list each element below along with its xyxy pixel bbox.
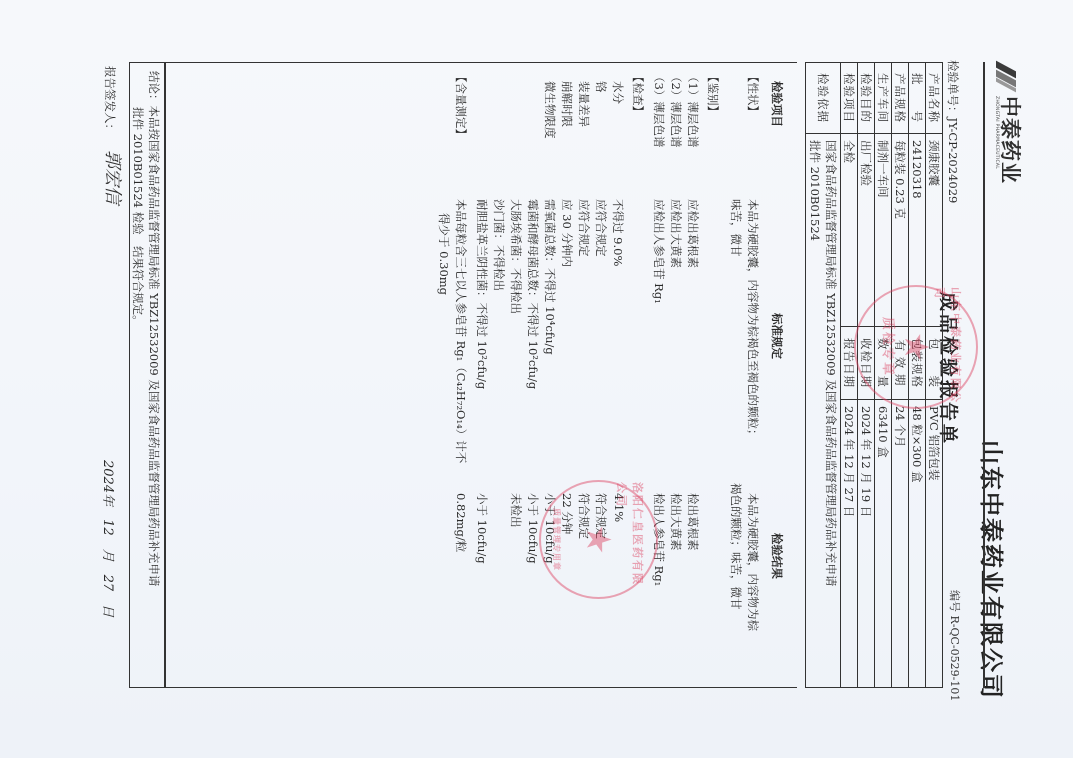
basis-value: 国家食品药品监督管理局标准 YBZ12532009 及国家食品药品监督管理局药品… <box>806 134 841 688</box>
item-standard: 不得过 9.0% <box>610 199 626 266</box>
info-label: 产品规格 <box>892 63 909 134</box>
item-result: 小于 10cfu/g <box>474 493 490 564</box>
info-label: 批 号 <box>909 63 926 134</box>
header-standard: 标准规定 <box>769 313 785 359</box>
basis-line-2: 批件 2010B01524 <box>807 140 823 681</box>
item-standard: 应 30 分钟内 <box>559 199 575 267</box>
header-item: 检验项目 <box>769 81 785 127</box>
header-divider <box>984 62 986 688</box>
conclusion-line-2: 批件 2010B01524 检验 结果符合规定。 <box>130 71 146 679</box>
item-item: 【含量测定】 <box>453 71 469 140</box>
item-standard: 应检出人参皂苷 Rg₁ <box>651 199 667 304</box>
conclusion-box: 结论：本品按国家食品药品监督管理局标准 YBZ12532009 及国家食品药品监… <box>129 62 165 688</box>
item-item: 【鉴别】 <box>705 71 721 117</box>
item-result: 未检出 <box>508 493 524 528</box>
item-standard: 味苦，微甘 <box>728 199 744 257</box>
info-value: 全检 <box>841 134 858 327</box>
info-value: 出厂检验 <box>858 134 875 327</box>
logo-cn: 中泰药业 <box>999 96 1021 184</box>
star-icon: ★ <box>582 524 616 554</box>
item-standard: 得少于 0.30mg <box>436 213 452 295</box>
item-item: 【检查】 <box>630 71 646 117</box>
item-item: 崩解时限 <box>559 81 575 127</box>
signer-signature: 郭宏信 <box>101 150 127 204</box>
info-value2: 48 粒×300 盒 <box>909 400 926 688</box>
basis-line-1: 国家食品药品监督管理局标准 YBZ12532009 及国家食品药品监督管理局药品… <box>823 140 839 681</box>
company-logo: 中泰药业 ZHONGTAI PHARMACEUTICAL <box>994 62 1021 184</box>
form-code: 编号 R-QC-0529-101 <box>947 590 963 701</box>
info-label: 生产车间 <box>875 63 892 134</box>
item-standard: 霉菌和酵母菌总数：不得过 10²cfu/g <box>525 199 541 389</box>
item-item: 【性状】 <box>745 71 761 117</box>
info-value2: 63410 盒 <box>875 400 892 688</box>
basis-row: 检验依据国家食品药品监督管理局标准 YBZ12532009 及国家食品药品监督管… <box>806 63 841 688</box>
item-standard: 应检出大黄素 <box>668 199 684 268</box>
item-result: 检出大黄素 <box>668 493 684 551</box>
qc-seal-text: 山东中泰药业有限公司 <box>932 287 964 407</box>
item-result: 褐色的颗粒；味苦，微甘 <box>728 483 744 610</box>
info-label: 检验项目 <box>841 63 858 134</box>
info-label: 产品名称 <box>926 63 943 134</box>
info-value2: PVC 铝箔包装 <box>926 400 943 688</box>
hospital-seal: 洛阳仁皇医药有限公司 ★ 质量管理专用章 <box>539 480 658 599</box>
item-result: 检出葛根素 <box>685 493 701 551</box>
item-item: 微生物限度 <box>542 81 558 139</box>
star-icon: ★ <box>899 332 933 362</box>
item-standard: 应检出葛根素 <box>685 199 701 268</box>
conclusion-line-1: 结论：本品按国家食品药品监督管理局标准 YBZ12532009 及国家食品药品监… <box>146 71 162 679</box>
item-result: 小于 10cfu/g <box>525 493 541 564</box>
qc-seal-label: 质检专章 <box>880 317 899 377</box>
item-item: （1）薄层色谱 <box>685 71 701 147</box>
info-value2: 2024 年 12 月 19 日 <box>858 400 875 688</box>
item-item: 铬 <box>593 81 609 93</box>
item-standard: 需氧菌总数：不得过 10⁴cfu/g <box>542 199 558 355</box>
item-standard: 大肠埃希菌：不得检出 <box>508 199 524 314</box>
info-value2: 2024 年 12 月 27 日 <box>841 400 858 688</box>
hospital-seal-text: 洛阳仁皇医药有限公司 <box>614 482 646 597</box>
logo-en: ZHONGTAI PHARMACEUTICAL <box>994 96 999 184</box>
item-standard: 耐胆盐革兰阴性菌：不得过 10²cfu/g <box>474 199 490 389</box>
item-result: 0.82mg/粒 <box>453 493 469 552</box>
basis-label: 检验依据 <box>806 63 841 134</box>
item-result: 本品为硬胶囊，内容物为棕 <box>745 493 761 631</box>
info-row: 检验项目全检报告日期2024 年 12 月 27 日 <box>841 63 858 688</box>
header-result: 检验结果 <box>769 533 785 579</box>
item-item: （3）薄层色谱 <box>651 71 667 147</box>
info-label: 检验目的 <box>858 63 875 134</box>
inspection-report-document: 中泰药业 ZHONGTAI PHARMACEUTICAL 山东中泰药业有限公司 … <box>0 0 1073 758</box>
hospital-seal-label: 质量管理专用章 <box>551 508 562 571</box>
item-standard: 沙门菌：不得检出 <box>491 199 507 291</box>
item-standard: 应符合规定 <box>576 199 592 257</box>
item-standard: 应符合规定 <box>593 199 609 257</box>
signer-label: 报告签发人： <box>102 66 118 135</box>
item-standard: 本品每粒含三七以人参皂苷 Rg₁（C₄₂H₇₂O₁₄）计不 <box>453 199 469 463</box>
inspection-number: 检验单号：JY-CP-2024029 <box>945 60 961 203</box>
inspection-items-section: 检验项目标准规定检验结果【性状】本品为硬胶囊，内容物为棕褐色至褐色的颗粒；本品为… <box>165 62 797 688</box>
item-item: （2）薄层色谱 <box>668 71 684 147</box>
company-name: 山东中泰药业有限公司 <box>976 440 1011 700</box>
logo-mark-icon <box>997 62 1019 90</box>
qc-seal: 山东中泰药业有限公司 ★ 质检专章 <box>854 285 978 409</box>
item-item: 装量差异 <box>576 81 592 127</box>
item-standard: 本品为硬胶囊，内容物为棕褐色至褐色的颗粒； <box>745 199 761 441</box>
info-value2: 24 个月 <box>892 400 909 688</box>
item-item: 水分 <box>610 81 626 104</box>
sign-date: 2024年 12 月 27 日 <box>100 460 119 617</box>
